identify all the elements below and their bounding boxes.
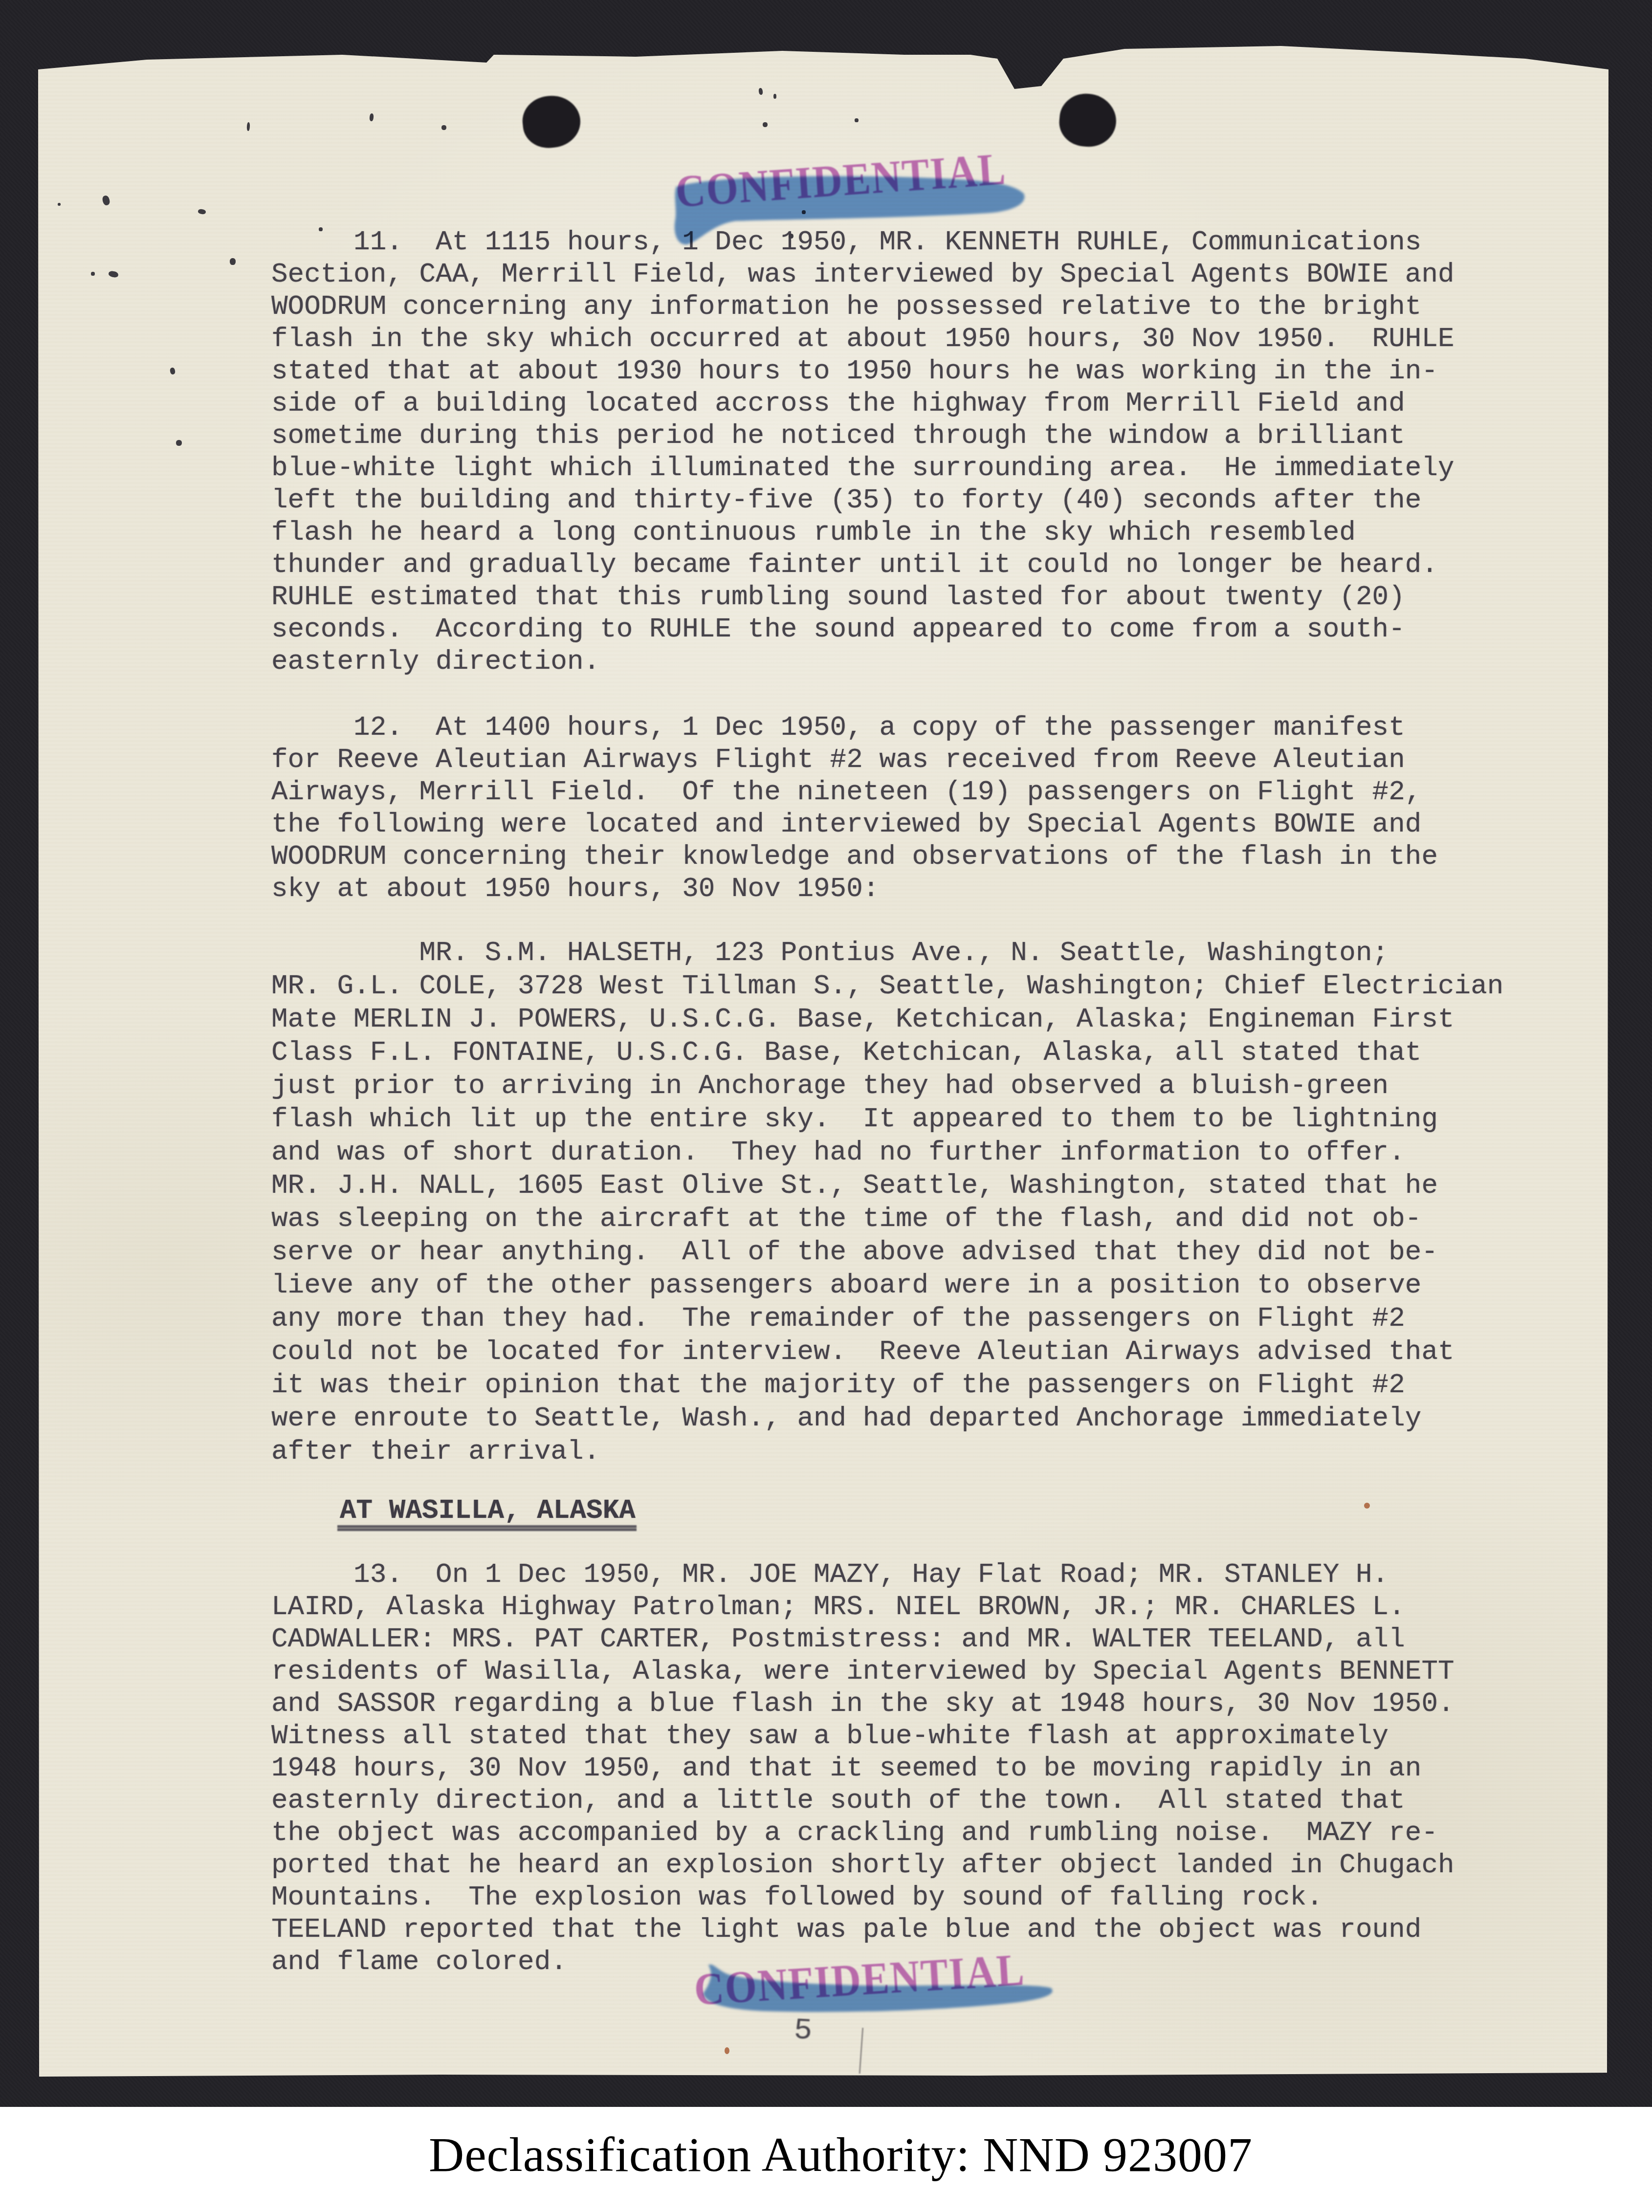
hole-punch-left — [520, 93, 583, 151]
typed-line: 11. At 1115 hours, 1 Dec 1950, MR. KENNE… — [271, 226, 1454, 258]
typed-line: stated that at about 1930 hours to 1950 … — [271, 355, 1454, 387]
scan-backdrop: CONFIDENTIAL 11. At 1115 hours, 1 Dec 19… — [0, 0, 1652, 2107]
typed-line: WOODRUM concerning their knowledge and o… — [271, 840, 1438, 873]
page-number: 5 — [793, 2013, 813, 2048]
speck — [802, 210, 806, 214]
typed-line: the following were located and interview… — [271, 808, 1438, 840]
speck — [247, 122, 250, 131]
typed-line: flash which lit up the entire sky. It ap… — [271, 1102, 1503, 1136]
typed-line: it was their opinion that the majority o… — [271, 1368, 1503, 1402]
typed-line: WOODRUM concerning any information he po… — [271, 290, 1454, 323]
typed-line: easternly direction. — [271, 645, 1454, 678]
typed-line: and SASSOR regarding a blue flash in the… — [271, 1687, 1454, 1720]
speck — [58, 203, 61, 206]
typed-line: was sleeping on the aircraft at the time… — [271, 1202, 1503, 1235]
typed-line: RUHLE estimated that this rumbling sound… — [271, 581, 1454, 613]
typed-line: serve or hear anything. All of the above… — [271, 1235, 1503, 1269]
typed-line: TEELAND reported that the light was pale… — [271, 1913, 1454, 1946]
typed-line: flash in the sky which occurred at about… — [271, 323, 1454, 355]
typed-line: sometime during this period he noticed t… — [271, 419, 1454, 452]
declassification-banner: Declassification Authority: NND 923007 — [0, 2107, 1652, 2212]
typed-line: blue-white light which illuminated the s… — [271, 452, 1454, 484]
speck — [758, 88, 763, 95]
speck — [108, 270, 119, 278]
document-scan-page: CONFIDENTIAL 11. At 1115 hours, 1 Dec 19… — [0, 0, 1652, 2212]
typed-line: 12. At 1400 hours, 1 Dec 1950, a copy of… — [271, 711, 1438, 744]
typed-line: for Reeve Aleutian Airways Flight #2 was… — [271, 744, 1438, 776]
typed-line: Section, CAA, Merrill Field, was intervi… — [271, 258, 1454, 290]
typed-line: sky at about 1950 hours, 30 Nov 1950: — [271, 873, 1438, 905]
typed-line: any more than they had. The remainder of… — [271, 1302, 1503, 1335]
typed-line: left the building and thirty-five (35) t… — [271, 484, 1454, 516]
confidential-stamp-top: CONFIDENTIAL — [674, 142, 1008, 219]
speck — [773, 94, 776, 99]
hole-punch-right — [1057, 91, 1119, 149]
typed-line: MR. J.H. NALL, 1605 East Olive St., Seat… — [271, 1169, 1503, 1202]
typed-line: MR. G.L. COLE, 3728 West Tillman S., Sea… — [271, 969, 1503, 1003]
speck — [91, 272, 95, 276]
typed-line: easternly direction, and a little south … — [271, 1784, 1454, 1817]
typed-line: residents of Wasilla, Alaska, were inter… — [271, 1655, 1454, 1687]
typed-line: CADWALLER: MRS. PAT CARTER, Postmistress… — [271, 1623, 1454, 1655]
typed-line: side of a building located accross the h… — [271, 387, 1454, 419]
typed-line: 13. On 1 Dec 1950, MR. JOE MAZY, Hay Fla… — [271, 1558, 1454, 1591]
typed-line: were enroute to Seattle, Wash., and had … — [271, 1402, 1503, 1435]
passenger-statements: MR. S.M. HALSETH, 123 Pontius Ave., N. S… — [271, 936, 1503, 1468]
typed-line: Airways, Merrill Field. Of the nineteen … — [271, 776, 1438, 808]
speck — [170, 367, 176, 375]
rust-speck — [725, 2047, 729, 2054]
declassification-text: Declassification Authority: NND 923007 — [429, 2126, 1253, 2183]
typed-line: LAIRD, Alaska Highway Patrolman; MRS. NI… — [271, 1591, 1454, 1623]
speck — [102, 195, 111, 206]
typed-line: and was of short duration. They had no f… — [271, 1136, 1503, 1169]
typed-line: MR. S.M. HALSETH, 123 Pontius Ave., N. S… — [271, 936, 1503, 969]
typed-line: Mate MERLIN J. POWERS, U.S.C.G. Base, Ke… — [271, 1003, 1503, 1036]
typed-line: could not be located for interview. Reev… — [271, 1335, 1503, 1368]
heading-underline — [337, 1525, 637, 1531]
typed-line: 1948 hours, 30 Nov 1950, and that it see… — [271, 1752, 1454, 1784]
speck — [441, 125, 446, 130]
typed-line: Class F.L. FONTAINE, U.S.C.G. Base, Ketc… — [271, 1036, 1503, 1069]
section-heading: AT WASILLA, ALASKA — [340, 1495, 636, 1526]
speck — [230, 258, 236, 265]
speck — [763, 122, 768, 127]
speck — [369, 113, 374, 122]
typed-line: ported that he heard an explosion shortl… — [271, 1849, 1454, 1881]
typed-line: just prior to arriving in Anchorage they… — [271, 1069, 1503, 1102]
typed-line: Mountains. The explosion was followed by… — [271, 1881, 1454, 1913]
typed-line: flash he heard a long continuous rumble … — [271, 516, 1454, 548]
typed-line: the object was accompanied by a cracklin… — [271, 1817, 1454, 1849]
typed-line: Witness all stated that they saw a blue-… — [271, 1720, 1454, 1752]
paragraph-11: 11. At 1115 hours, 1 Dec 1950, MR. KENNE… — [271, 226, 1454, 678]
paper-sheet: CONFIDENTIAL 11. At 1115 hours, 1 Dec 19… — [0, 0, 1652, 2107]
speck — [176, 440, 182, 446]
typed-line: thunder and gradually became fainter unt… — [271, 548, 1454, 581]
speck — [198, 209, 206, 215]
rust-speck — [1364, 1503, 1370, 1509]
typed-line: after their arrival. — [271, 1435, 1503, 1468]
paragraph-13: 13. On 1 Dec 1950, MR. JOE MAZY, Hay Fla… — [271, 1558, 1454, 1978]
typed-line: lieve any of the other passengers aboard… — [271, 1269, 1503, 1302]
typed-line: seconds. According to RUHLE the sound ap… — [271, 613, 1454, 645]
paragraph-12: 12. At 1400 hours, 1 Dec 1950, a copy of… — [271, 711, 1438, 905]
paper-scratch — [859, 2028, 864, 2074]
speck — [855, 118, 859, 122]
